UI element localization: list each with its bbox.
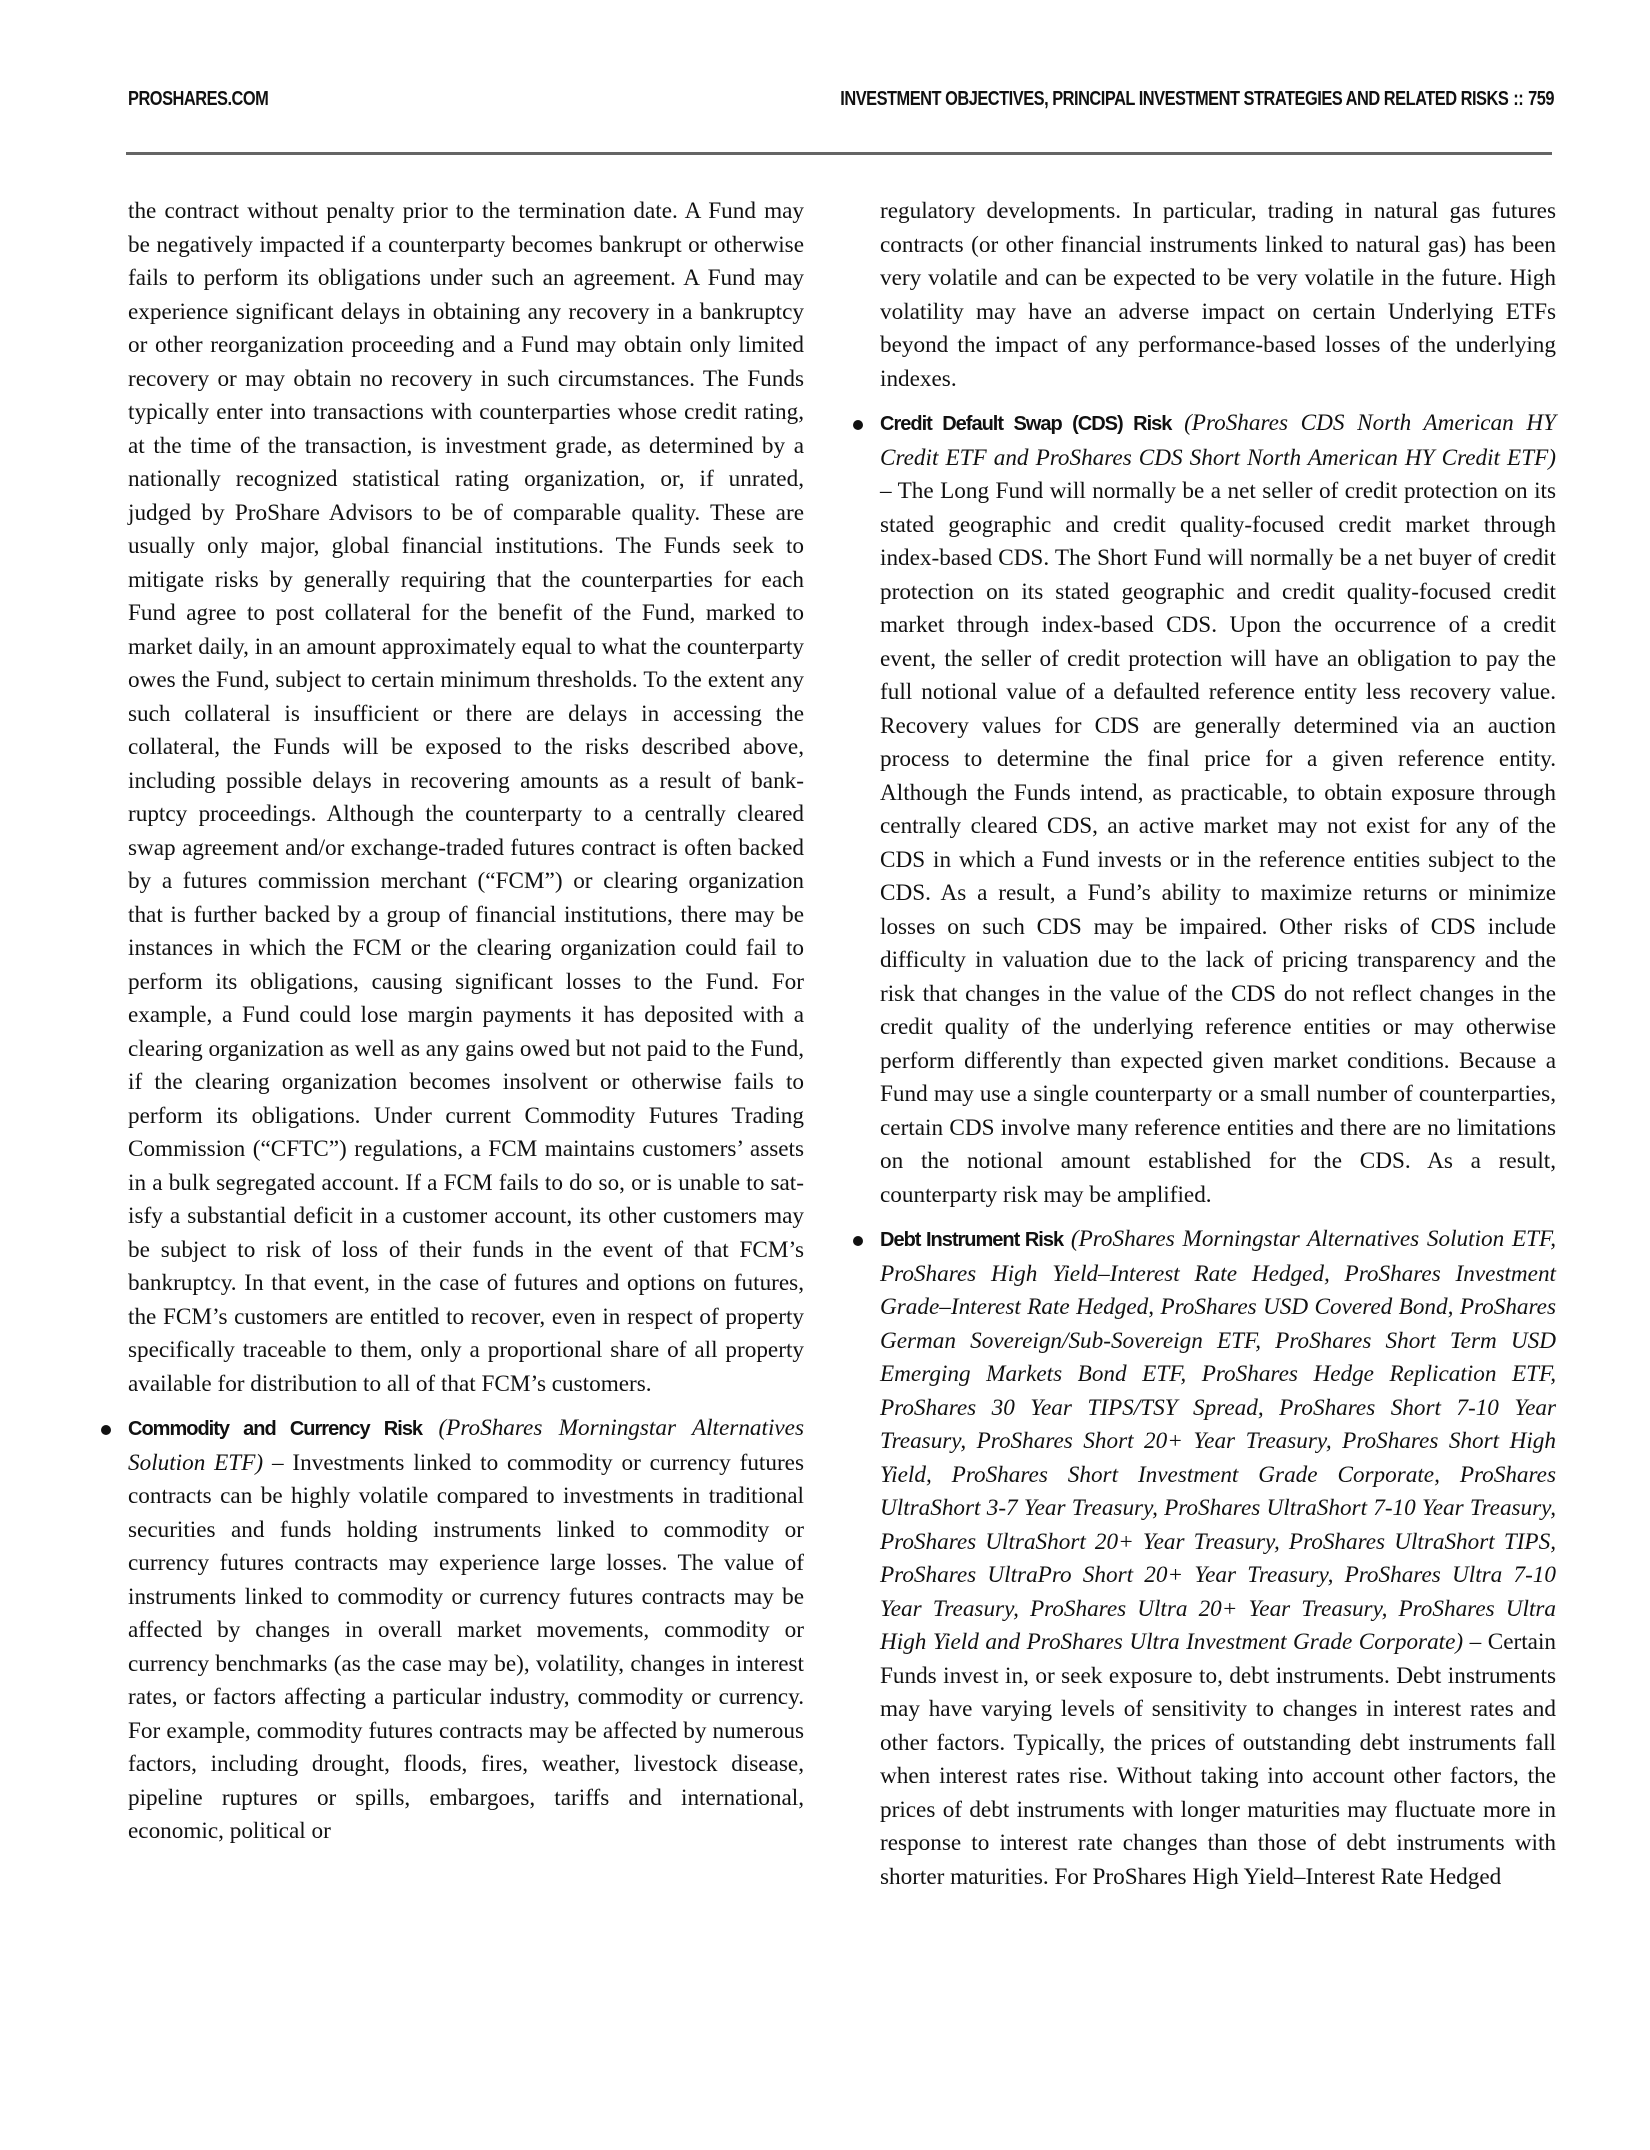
continued-paragraph: the contract without penalty prior to th… (128, 195, 804, 1401)
bullet-icon (853, 420, 863, 430)
continued-paragraph: regulatory developments. In particular, … (880, 195, 1556, 396)
risk-dash: – (880, 478, 898, 504)
risk-body: Certain Funds invest in, or seek exposur… (880, 1629, 1556, 1890)
risk-body: Investments linked to commodity or curre… (128, 1450, 804, 1845)
header-separator: :: (1513, 88, 1523, 110)
risk-dash: – (1463, 1629, 1488, 1655)
risk-item-debt-instrument: Debt Instrument Risk (ProShares Mornings… (880, 1223, 1556, 1894)
risk-funds: (ProShares Morningstar Alternatives Sol­… (880, 1226, 1556, 1655)
right-column: regulatory developments. In particular, … (880, 195, 1556, 1894)
section-title: INVESTMENT OBJECTIVES, PRINCIPAL INVESTM… (840, 88, 1508, 110)
page-number: 759 (1528, 88, 1554, 110)
running-header: PROSHARES.COM INVESTMENT OBJECTIVES, PRI… (128, 88, 1296, 118)
bullet-icon (101, 1425, 111, 1435)
header-rule (126, 152, 1552, 155)
left-column: the contract without penalty prior to th… (128, 195, 804, 1849)
risk-heading: Debt Instrument Risk (880, 1229, 1063, 1251)
bullet-icon (853, 1236, 863, 1246)
site-name: PROSHARES.COM (128, 88, 268, 111)
risk-item-commodity-currency: Commodity and Currency Risk (ProShares M… (128, 1412, 804, 1849)
risk-item-cds: Credit Default Swap (CDS) Risk (ProShare… (880, 407, 1556, 1212)
risk-dash: – (263, 1450, 292, 1476)
risk-body: The Long Fund will normally be a net sel… (880, 478, 1556, 1208)
section-header: INVESTMENT OBJECTIVES, PRINCIPAL INVESTM… (840, 88, 1554, 111)
risk-heading: Commodity and Currency Risk (128, 1418, 422, 1440)
risk-heading: Credit Default Swap (CDS) Risk (880, 413, 1171, 435)
